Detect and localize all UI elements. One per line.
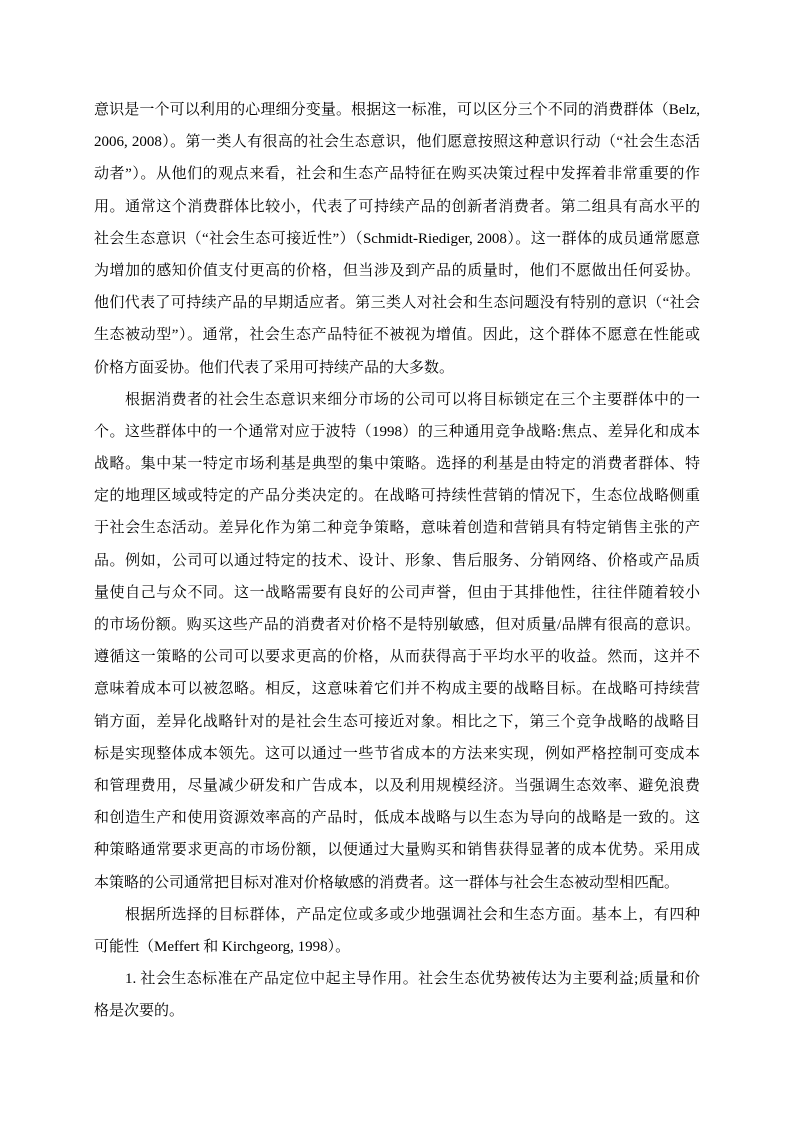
text-line: 销方面，差异化战略针对的是社会生态可接近对象。相比之下，第三个竞争战略的战略目	[94, 706, 700, 738]
text-line: 价格方面妥协。他们代表了采用可持续产品的大多数。	[94, 352, 700, 384]
text-line: 和管理费用，尽量减少研发和广告成本，以及利用规模经济。当强调生态效率、避免浪费	[94, 770, 700, 802]
text-line: 本策略的公司通常把目标对准对价格敏感的消费者。这一群体与社会生态被动型相匹配。	[94, 867, 700, 899]
text-line: 动者”）。从他们的观点来看，社会和生态产品特征在购买决策过程中发挥着非常重要的作	[94, 158, 700, 190]
text-line: 2006, 2008）。第一类人有很高的社会生态意识，他们愿意按照这种意识行动（…	[94, 126, 700, 158]
text-line: 种策略通常要求更高的市场份额，以便通过大量购买和销售获得显著的成本优势。采用成	[94, 834, 700, 866]
text-line: 为增加的感知价值支付更高的价格，但当涉及到产品的质量时，他们不愿做出任何妥协。	[94, 255, 700, 287]
text-line: 战略。集中某一特定市场利基是典型的集中策略。选择的利基是由特定的消费者群体、特	[94, 448, 700, 480]
text-line: 他们代表了可持续产品的早期适应者。第三类人对社会和生态问题没有特别的意识（“社会	[94, 287, 700, 319]
document-text: 意识是一个可以利用的心理细分变量。根据这一标准，可以区分三个不同的消费群体（Be…	[94, 94, 700, 1027]
text-line: 于社会生态活动。差异化作为第二种竞争策略，意味着创造和营销具有特定销售主张的产	[94, 512, 700, 544]
text-line: 根据消费者的社会生态意识来细分市场的公司可以将目标锁定在三个主要群体中的一	[94, 384, 700, 416]
text-line: 定的地理区域或特定的产品分类决定的。在战略可持续性营销的情况下，生态位战略侧重	[94, 480, 700, 512]
text-line: 格是次要的。	[94, 995, 700, 1027]
text-line: 遵循这一策略的公司可以要求更高的价格，从而获得高于平均水平的收益。然而，这并不	[94, 641, 700, 673]
text-line: 个。这些群体中的一个通常对应于波特（1998）的三种通用竞争战略:焦点、差异化和…	[94, 416, 700, 448]
text-line: 社会生态意识（“社会生态可接近性”）（Schmidt-Riediger, 200…	[94, 223, 700, 255]
text-line: 根据所选择的目标群体，产品定位或多或少地强调社会和生态方面。基本上，有四种	[94, 899, 700, 931]
text-line: 和创造生产和使用资源效率高的产品时，低成本战略与以生态为导向的战略是一致的。这	[94, 802, 700, 834]
text-line: 品。例如，公司可以通过特定的技术、设计、形象、售后服务、分销网络、价格或产品质	[94, 545, 700, 577]
text-line: 可能性（Meffert 和 Kirchgeorg, 1998）。	[94, 931, 700, 963]
text-line: 标是实现整体成本领先。这可以通过一些节省成本的方法来实现，例如严格控制可变成本	[94, 738, 700, 770]
text-line: 生态被动型”）。通常，社会生态产品特征不被视为增值。因此，这个群体不愿意在性能或	[94, 319, 700, 351]
text-line: 1. 社会生态标准在产品定位中起主导作用。社会生态优势被传达为主要利益;质量和价	[94, 963, 700, 995]
text-line: 意味着成本可以被忽略。相反，这意味着它们并不构成主要的战略目标。在战略可持续营	[94, 673, 700, 705]
text-line: 意识是一个可以利用的心理细分变量。根据这一标准，可以区分三个不同的消费群体（Be…	[94, 94, 700, 126]
text-line: 量使自己与众不同。这一战略需要有良好的公司声誉，但由于其排他性，往往伴随着较小	[94, 577, 700, 609]
text-line: 用。通常这个消费群体比较小，代表了可持续产品的创新者消费者。第二组具有高水平的	[94, 191, 700, 223]
document-page: 意识是一个可以利用的心理细分变量。根据这一标准，可以区分三个不同的消费群体（Be…	[0, 0, 793, 1122]
text-line: 的市场份额。购买这些产品的消费者对价格不是特别敏感，但对质量/品牌有很高的意识。	[94, 609, 700, 641]
